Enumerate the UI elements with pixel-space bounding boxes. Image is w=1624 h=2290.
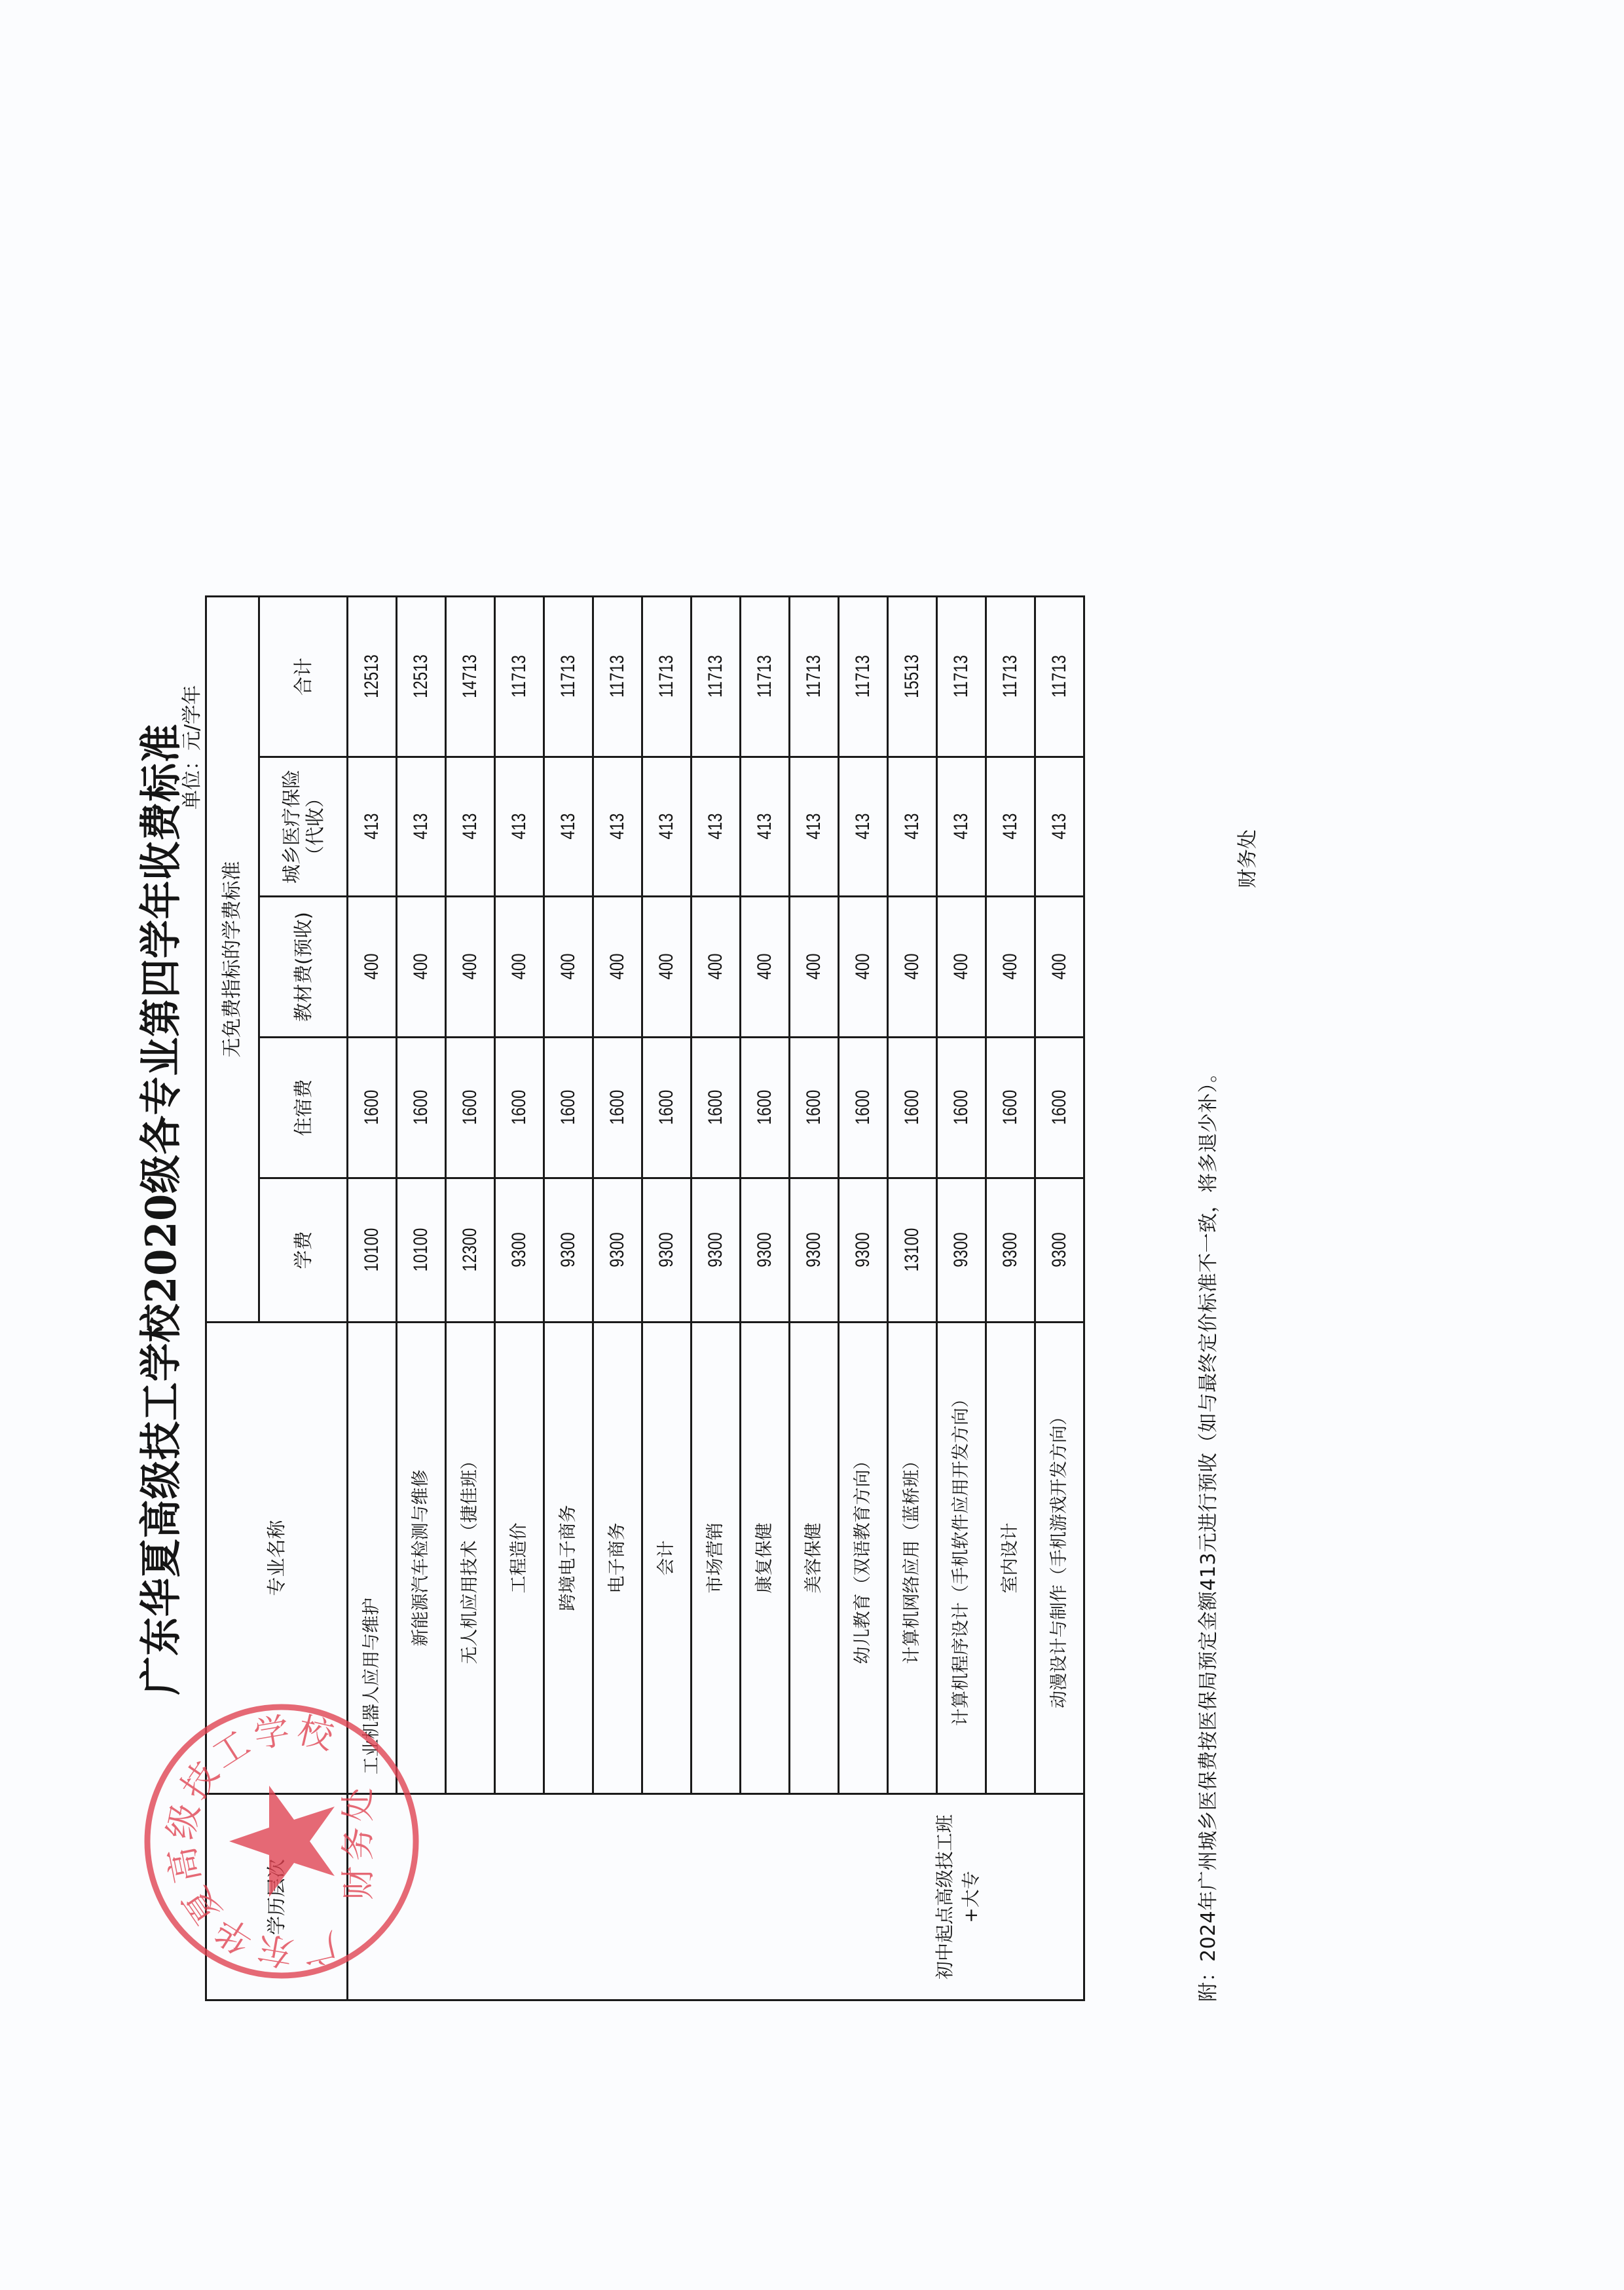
table-row: 电子商务9300160040041311713 <box>593 597 642 2000</box>
accommodation-cell: 1600 <box>642 1051 692 1164</box>
total-cell: 11713 <box>790 612 839 741</box>
total-cell: 11713 <box>741 612 790 741</box>
tuition-cell: 9300 <box>692 1193 741 1308</box>
textbook-cell: 400 <box>741 910 790 1023</box>
table-row: 新能源汽车检测与维修10100160040041312513 <box>397 597 446 2000</box>
textbook-cell: 400 <box>1035 910 1084 1023</box>
insurance-cell: 413 <box>692 771 741 882</box>
table-row: 室内设计9300160040041311713 <box>986 597 1035 2000</box>
insurance-cell: 413 <box>593 771 642 882</box>
textbook-cell: 400 <box>642 910 692 1023</box>
accommodation-cell: 1600 <box>888 1051 937 1164</box>
table-row: 工程造价9300160040041311713 <box>495 597 544 2000</box>
major-cell: 跨境电子商务 <box>544 1323 593 1794</box>
accommodation-cell: 1600 <box>839 1051 888 1164</box>
textbook-cell: 400 <box>495 910 544 1023</box>
total-cell: 11713 <box>1035 612 1084 741</box>
textbook-cell: 400 <box>790 910 839 1023</box>
insurance-cell: 413 <box>888 771 937 882</box>
table-row: 动漫设计与制作（手机游戏开发方向）9300160040041311713 <box>1035 597 1084 2000</box>
table-row: 幼儿教育（双语教育方向）9300160040041311713 <box>839 597 888 2000</box>
issuer-label: 财务处 <box>1231 829 1260 888</box>
total-cell: 12513 <box>348 612 397 741</box>
textbook-cell: 400 <box>446 910 495 1023</box>
total-cell: 11713 <box>692 612 741 741</box>
textbook-cell: 400 <box>937 910 986 1023</box>
insurance-cell: 413 <box>839 771 888 882</box>
accommodation-cell: 1600 <box>544 1051 593 1164</box>
total-cell: 11713 <box>495 612 544 741</box>
accommodation-cell: 1600 <box>446 1051 495 1164</box>
insurance-cell: 413 <box>544 771 593 882</box>
accommodation-cell: 1600 <box>495 1051 544 1164</box>
header-textbook: 教材费(预收) <box>259 897 348 1038</box>
accommodation-cell: 1600 <box>593 1051 642 1164</box>
accommodation-cell: 1600 <box>348 1051 397 1164</box>
major-cell: 幼儿教育（双语教育方向） <box>839 1323 888 1794</box>
accommodation-cell: 1600 <box>790 1051 839 1164</box>
tuition-cell: 10100 <box>348 1193 397 1308</box>
table-row: 计算机程序设计（手机软件应用开发方向）9300160040041311713 <box>937 597 986 2000</box>
total-cell: 12513 <box>397 612 446 741</box>
insurance-cell: 413 <box>1035 771 1084 882</box>
major-cell: 室内设计 <box>986 1323 1035 1794</box>
insurance-cell: 413 <box>495 771 544 882</box>
total-cell: 11713 <box>593 612 642 741</box>
table-row: 康复保健9300160040041311713 <box>741 597 790 2000</box>
insurance-cell: 413 <box>937 771 986 882</box>
insurance-cell: 413 <box>397 771 446 882</box>
header-insurance: 城乡医疗保险（代收） <box>259 757 348 897</box>
major-cell: 动漫设计与制作（手机游戏开发方向） <box>1035 1323 1084 1794</box>
major-cell: 电子商务 <box>593 1323 642 1794</box>
major-cell: 市场营销 <box>692 1323 741 1794</box>
header-accommodation: 住宿费 <box>259 1038 348 1178</box>
level-cell: 初中起点高级技工班+大专 <box>348 1794 1084 2000</box>
tuition-cell: 9300 <box>495 1193 544 1308</box>
tuition-cell: 9300 <box>839 1193 888 1308</box>
accommodation-cell: 1600 <box>986 1051 1035 1164</box>
accommodation-cell: 1600 <box>937 1051 986 1164</box>
total-cell: 11713 <box>986 612 1035 741</box>
major-cell: 计算机程序设计（手机软件应用开发方向） <box>937 1323 986 1794</box>
major-cell: 无人机应用技术（捷佳班） <box>446 1323 495 1794</box>
insurance-cell: 413 <box>446 771 495 882</box>
total-cell: 11713 <box>937 612 986 741</box>
textbook-cell: 400 <box>397 910 446 1023</box>
header-level: 学历层次 <box>206 1794 348 2000</box>
header-group: 无免费指标的学费标准 <box>206 597 259 1323</box>
total-cell: 11713 <box>642 612 692 741</box>
fee-standard-page: 广东华夏高级技工学校2020级各专业第四学年收费标准 单位：元/学年 学历层次 … <box>0 0 1624 2290</box>
total-cell: 15513 <box>888 612 937 741</box>
textbook-cell: 400 <box>348 910 397 1023</box>
insurance-cell: 413 <box>741 771 790 882</box>
major-cell: 工业机器人应用与维护 <box>348 1323 397 1794</box>
tuition-cell: 9300 <box>1035 1193 1084 1308</box>
table-row: 无人机应用技术（捷佳班）12300160040041314713 <box>446 597 495 2000</box>
tuition-cell: 9300 <box>544 1193 593 1308</box>
tuition-cell: 9300 <box>790 1193 839 1308</box>
table-row: 初中起点高级技工班+大专工业机器人应用与维护101001600400413125… <box>348 597 397 2000</box>
total-cell: 14713 <box>446 612 495 741</box>
unit-label: 单位：元/学年 <box>175 685 204 810</box>
major-cell: 会计 <box>642 1323 692 1794</box>
fee-table-body: 初中起点高级技工班+大专工业机器人应用与维护101001600400413125… <box>348 597 1084 2000</box>
tuition-cell: 12300 <box>446 1193 495 1308</box>
table-row: 会计9300160040041311713 <box>642 597 692 2000</box>
tuition-cell: 9300 <box>741 1193 790 1308</box>
table-row: 计算机网络应用（蓝桥班）13100160040041315513 <box>888 597 937 2000</box>
major-cell: 美容保健 <box>790 1323 839 1794</box>
insurance-cell: 413 <box>986 771 1035 882</box>
major-cell: 康复保健 <box>741 1323 790 1794</box>
total-cell: 11713 <box>544 612 593 741</box>
tuition-cell: 10100 <box>397 1193 446 1308</box>
table-row: 跨境电子商务9300160040041311713 <box>544 597 593 2000</box>
fee-table: 学历层次 专业名称 无免费指标的学费标准 学费 住宿费 教材费(预收) 城乡医疗… <box>205 595 1085 2001</box>
major-cell: 工程造价 <box>495 1323 544 1794</box>
header-tuition: 学费 <box>259 1178 348 1323</box>
accommodation-cell: 1600 <box>397 1051 446 1164</box>
tuition-cell: 9300 <box>642 1193 692 1308</box>
accommodation-cell: 1600 <box>692 1051 741 1164</box>
tuition-cell: 9300 <box>986 1193 1035 1308</box>
insurance-cell: 413 <box>642 771 692 882</box>
textbook-cell: 400 <box>593 910 642 1023</box>
tuition-cell: 9300 <box>937 1193 986 1308</box>
textbook-cell: 400 <box>692 910 741 1023</box>
accommodation-cell: 1600 <box>1035 1051 1084 1164</box>
tuition-cell: 9300 <box>593 1193 642 1308</box>
major-cell: 计算机网络应用（蓝桥班） <box>888 1323 937 1794</box>
total-cell: 11713 <box>839 612 888 741</box>
insurance-cell: 413 <box>790 771 839 882</box>
textbook-cell: 400 <box>986 910 1035 1023</box>
header-major: 专业名称 <box>206 1323 348 1794</box>
tuition-cell: 13100 <box>888 1193 937 1308</box>
textbook-cell: 400 <box>544 910 593 1023</box>
textbook-cell: 400 <box>888 910 937 1023</box>
accommodation-cell: 1600 <box>741 1051 790 1164</box>
footnote: 附：2024年广州城乡医保费按医保局预定金额413元进行预收（如与最终定价标准不… <box>1192 1062 1221 2002</box>
insurance-cell: 413 <box>348 771 397 882</box>
table-row: 市场营销9300160040041311713 <box>692 597 741 2000</box>
major-cell: 新能源汽车检测与维修 <box>397 1323 446 1794</box>
table-row: 美容保健9300160040041311713 <box>790 597 839 2000</box>
header-total: 合计 <box>259 597 348 757</box>
textbook-cell: 400 <box>839 910 888 1023</box>
